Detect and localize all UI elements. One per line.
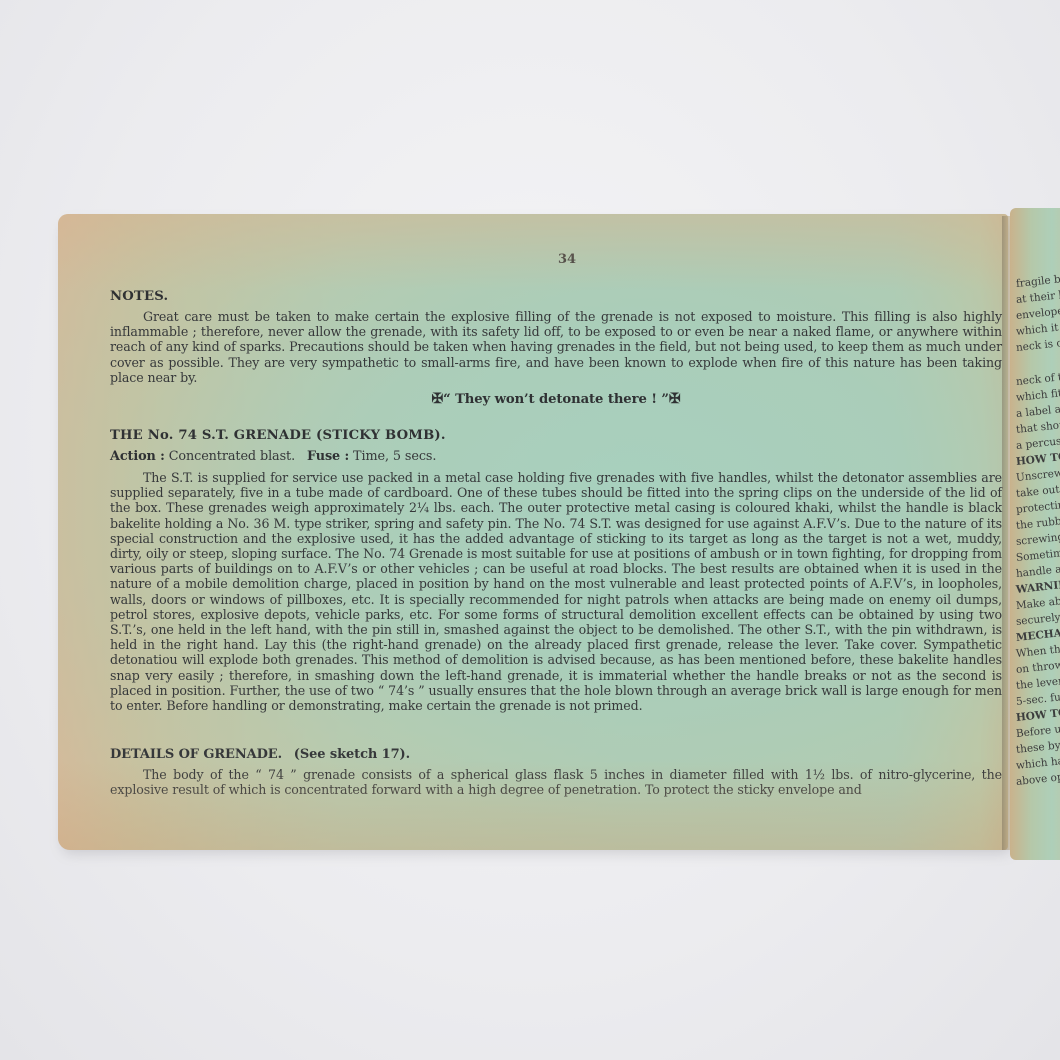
details-heading-line: DETAILS OF GRENADE. (See sketch 17). bbox=[110, 746, 1002, 762]
facing-page-fragment: Unscrew th bbox=[1015, 466, 1060, 484]
action-value: Concentrated blast. bbox=[169, 449, 295, 464]
action-label: Action : bbox=[110, 449, 165, 464]
action-fuse-line: Action : Concentrated blast. Fuse : Time… bbox=[110, 449, 436, 464]
iron-cross-icon: ✠ bbox=[669, 392, 681, 407]
booklet-right-page: fragile body ofat their base,envelope co… bbox=[1010, 208, 1060, 860]
facing-page-fragment: fragile body of bbox=[1015, 270, 1060, 290]
facing-page-fragment: WARNING. bbox=[1015, 577, 1060, 596]
booklet-left-page: 34 NOTES. Great care must be taken to ma… bbox=[58, 214, 1008, 850]
facing-page-fragment: When the s bbox=[1015, 642, 1060, 660]
facing-page-fragment: HOW TO PR bbox=[1015, 449, 1060, 468]
notes-section: Great care must be taken to make certain… bbox=[110, 309, 1002, 385]
grenade-section: The S.T. is supplied for service use pac… bbox=[110, 470, 1002, 713]
fuse-value: Time, 5 secs. bbox=[353, 449, 436, 464]
facing-page-fragment: Make absol bbox=[1015, 594, 1060, 612]
notes-paragraph: Great care must be taken to make certain… bbox=[110, 309, 1002, 385]
iron-cross-icon: ✠ bbox=[431, 392, 443, 407]
details-section: The body of the “ 74 ” grenade consists … bbox=[110, 767, 1002, 797]
facing-page-fragment: at their base, bbox=[1015, 287, 1060, 306]
slogan: ✠“ They won’t detonate there ! ”✠ bbox=[110, 392, 1002, 407]
facing-page-fragment: neck of the fla bbox=[1015, 368, 1060, 388]
notes-heading: NOTES. bbox=[110, 289, 168, 304]
facing-page-fragment: Before use t bbox=[1015, 721, 1060, 740]
grenade-paragraph: The S.T. is supplied for service use pac… bbox=[110, 470, 1002, 713]
details-heading-note: (See sketch 17). bbox=[294, 747, 410, 762]
page-number: 34 bbox=[558, 252, 576, 267]
grenade-section-heading: THE No. 74 S.T. GRENADE (STICKY BOMB). bbox=[110, 428, 446, 443]
details-heading: DETAILS OF GRENADE. bbox=[110, 747, 282, 762]
fuse-label: Fuse : bbox=[307, 449, 349, 464]
slogan-text: “ They won’t detonate there ! ” bbox=[443, 392, 669, 407]
details-paragraph: The body of the “ 74 ” grenade consists … bbox=[110, 767, 1002, 797]
